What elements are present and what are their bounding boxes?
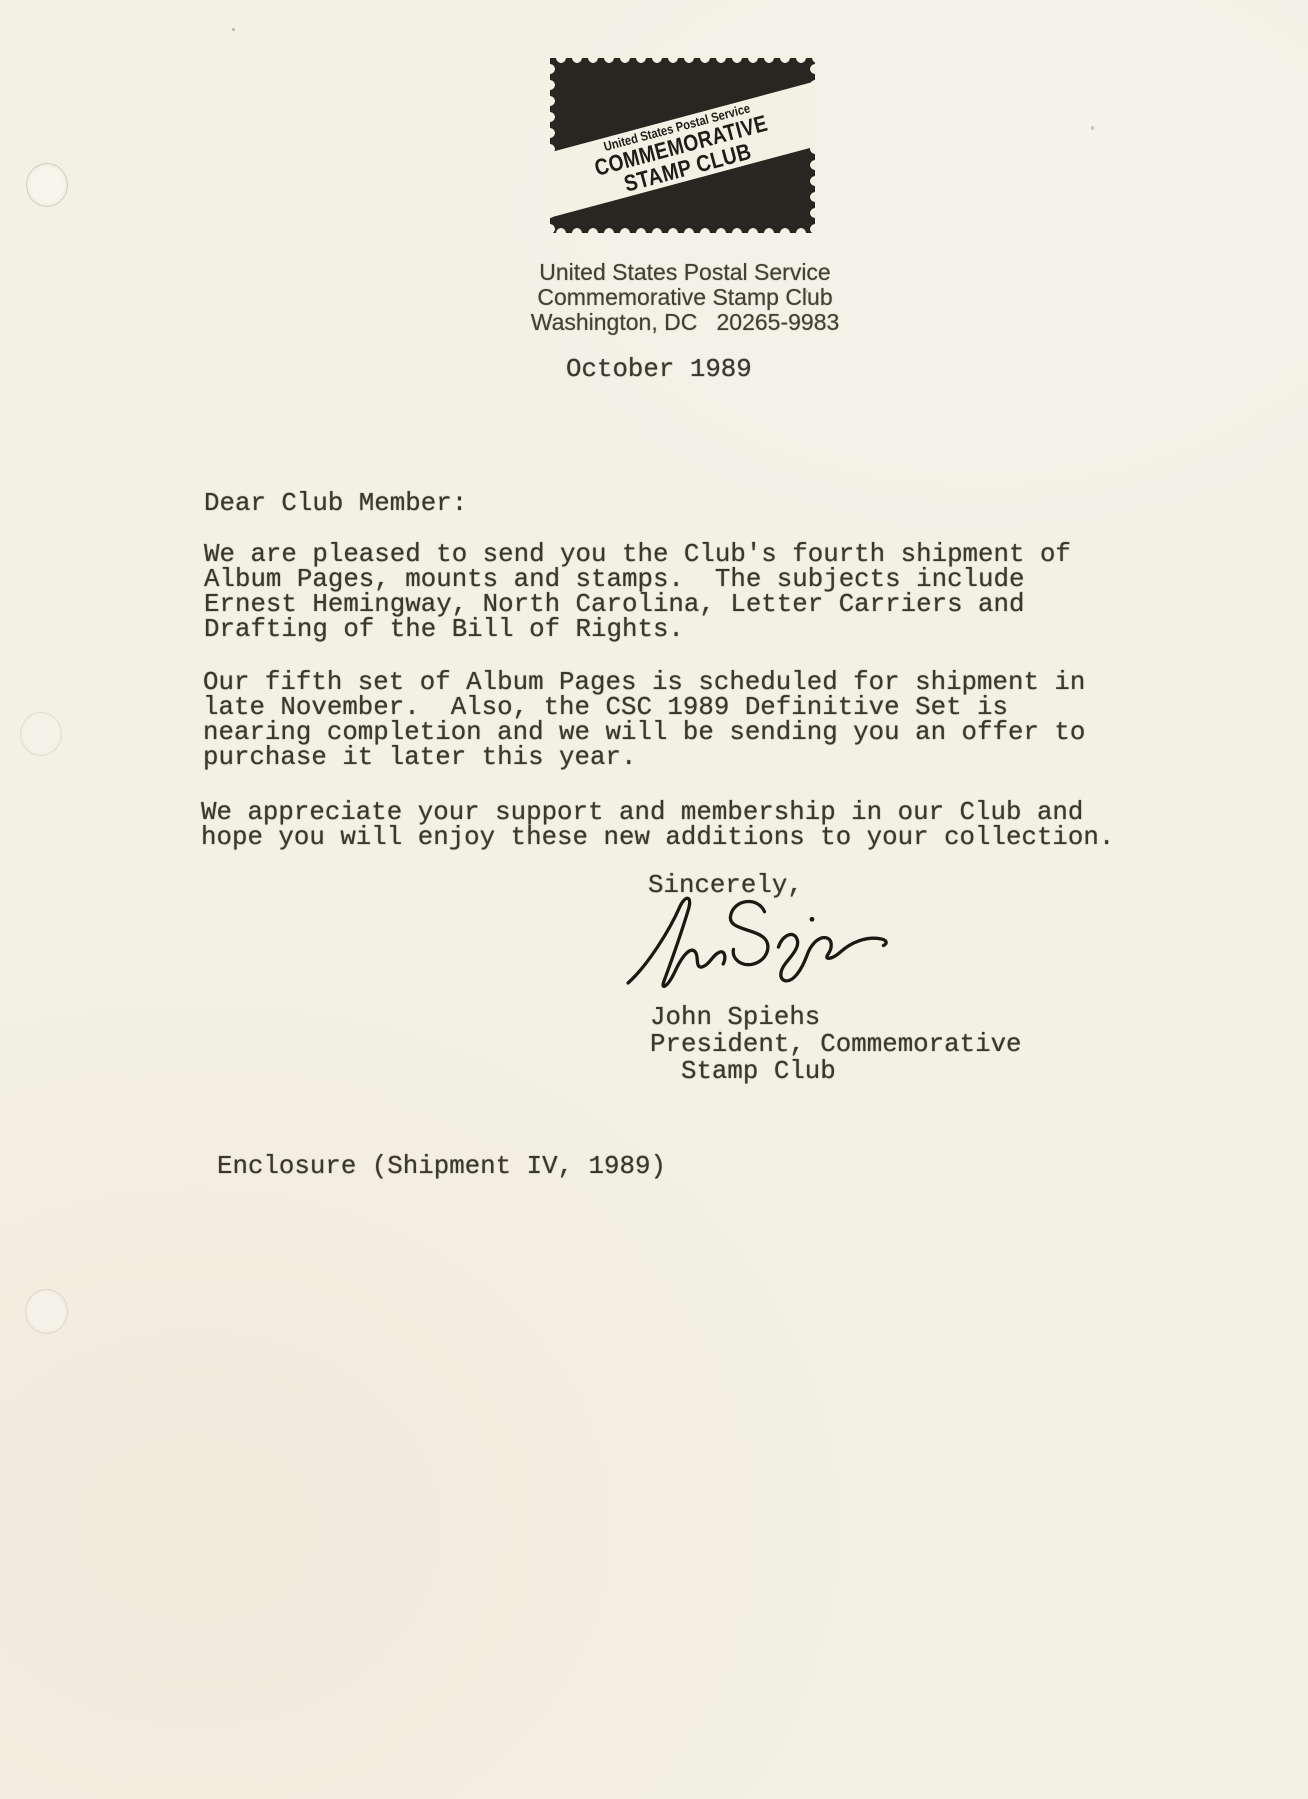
body-paragraph-2: Our fifth set of Album Pages is schedule… (203, 670, 1085, 770)
salutation: Dear Club Member: (204, 491, 467, 516)
stamp-logo-diagonal-band: United States Postal Service COMMEMORATI… (550, 77, 815, 222)
scanned-letter-page: United States Postal Service COMMEMORATI… (0, 0, 1308, 1799)
body-paragraph-1: We are pleased to send you the Club's fo… (204, 542, 1071, 642)
address-line-org: United States Postal Service (525, 260, 845, 285)
scan-speck (232, 28, 235, 31)
body-paragraph-3: We appreciate your support and membershi… (201, 800, 1114, 850)
punch-hole-top (26, 163, 68, 207)
address-line-city: Washington, DC 20265-9983 (525, 310, 845, 335)
signature-block: John Spiehs President, Commemorative Sta… (650, 1004, 1022, 1085)
enclosure-note: Enclosure (Shipment IV, 1989) (217, 1154, 666, 1179)
letter-date: October 1989 (566, 357, 752, 382)
punch-hole-bottom (25, 1289, 68, 1334)
scan-speck (1091, 126, 1094, 130)
commemorative-stamp-club-logo: United States Postal Service COMMEMORATI… (550, 58, 815, 233)
letterhead-address: United States Postal ServiceCommemorativ… (525, 260, 845, 335)
handwritten-signature (620, 884, 900, 996)
address-line-club: Commemorative Stamp Club (525, 285, 845, 310)
punch-hole-middle (20, 712, 62, 756)
